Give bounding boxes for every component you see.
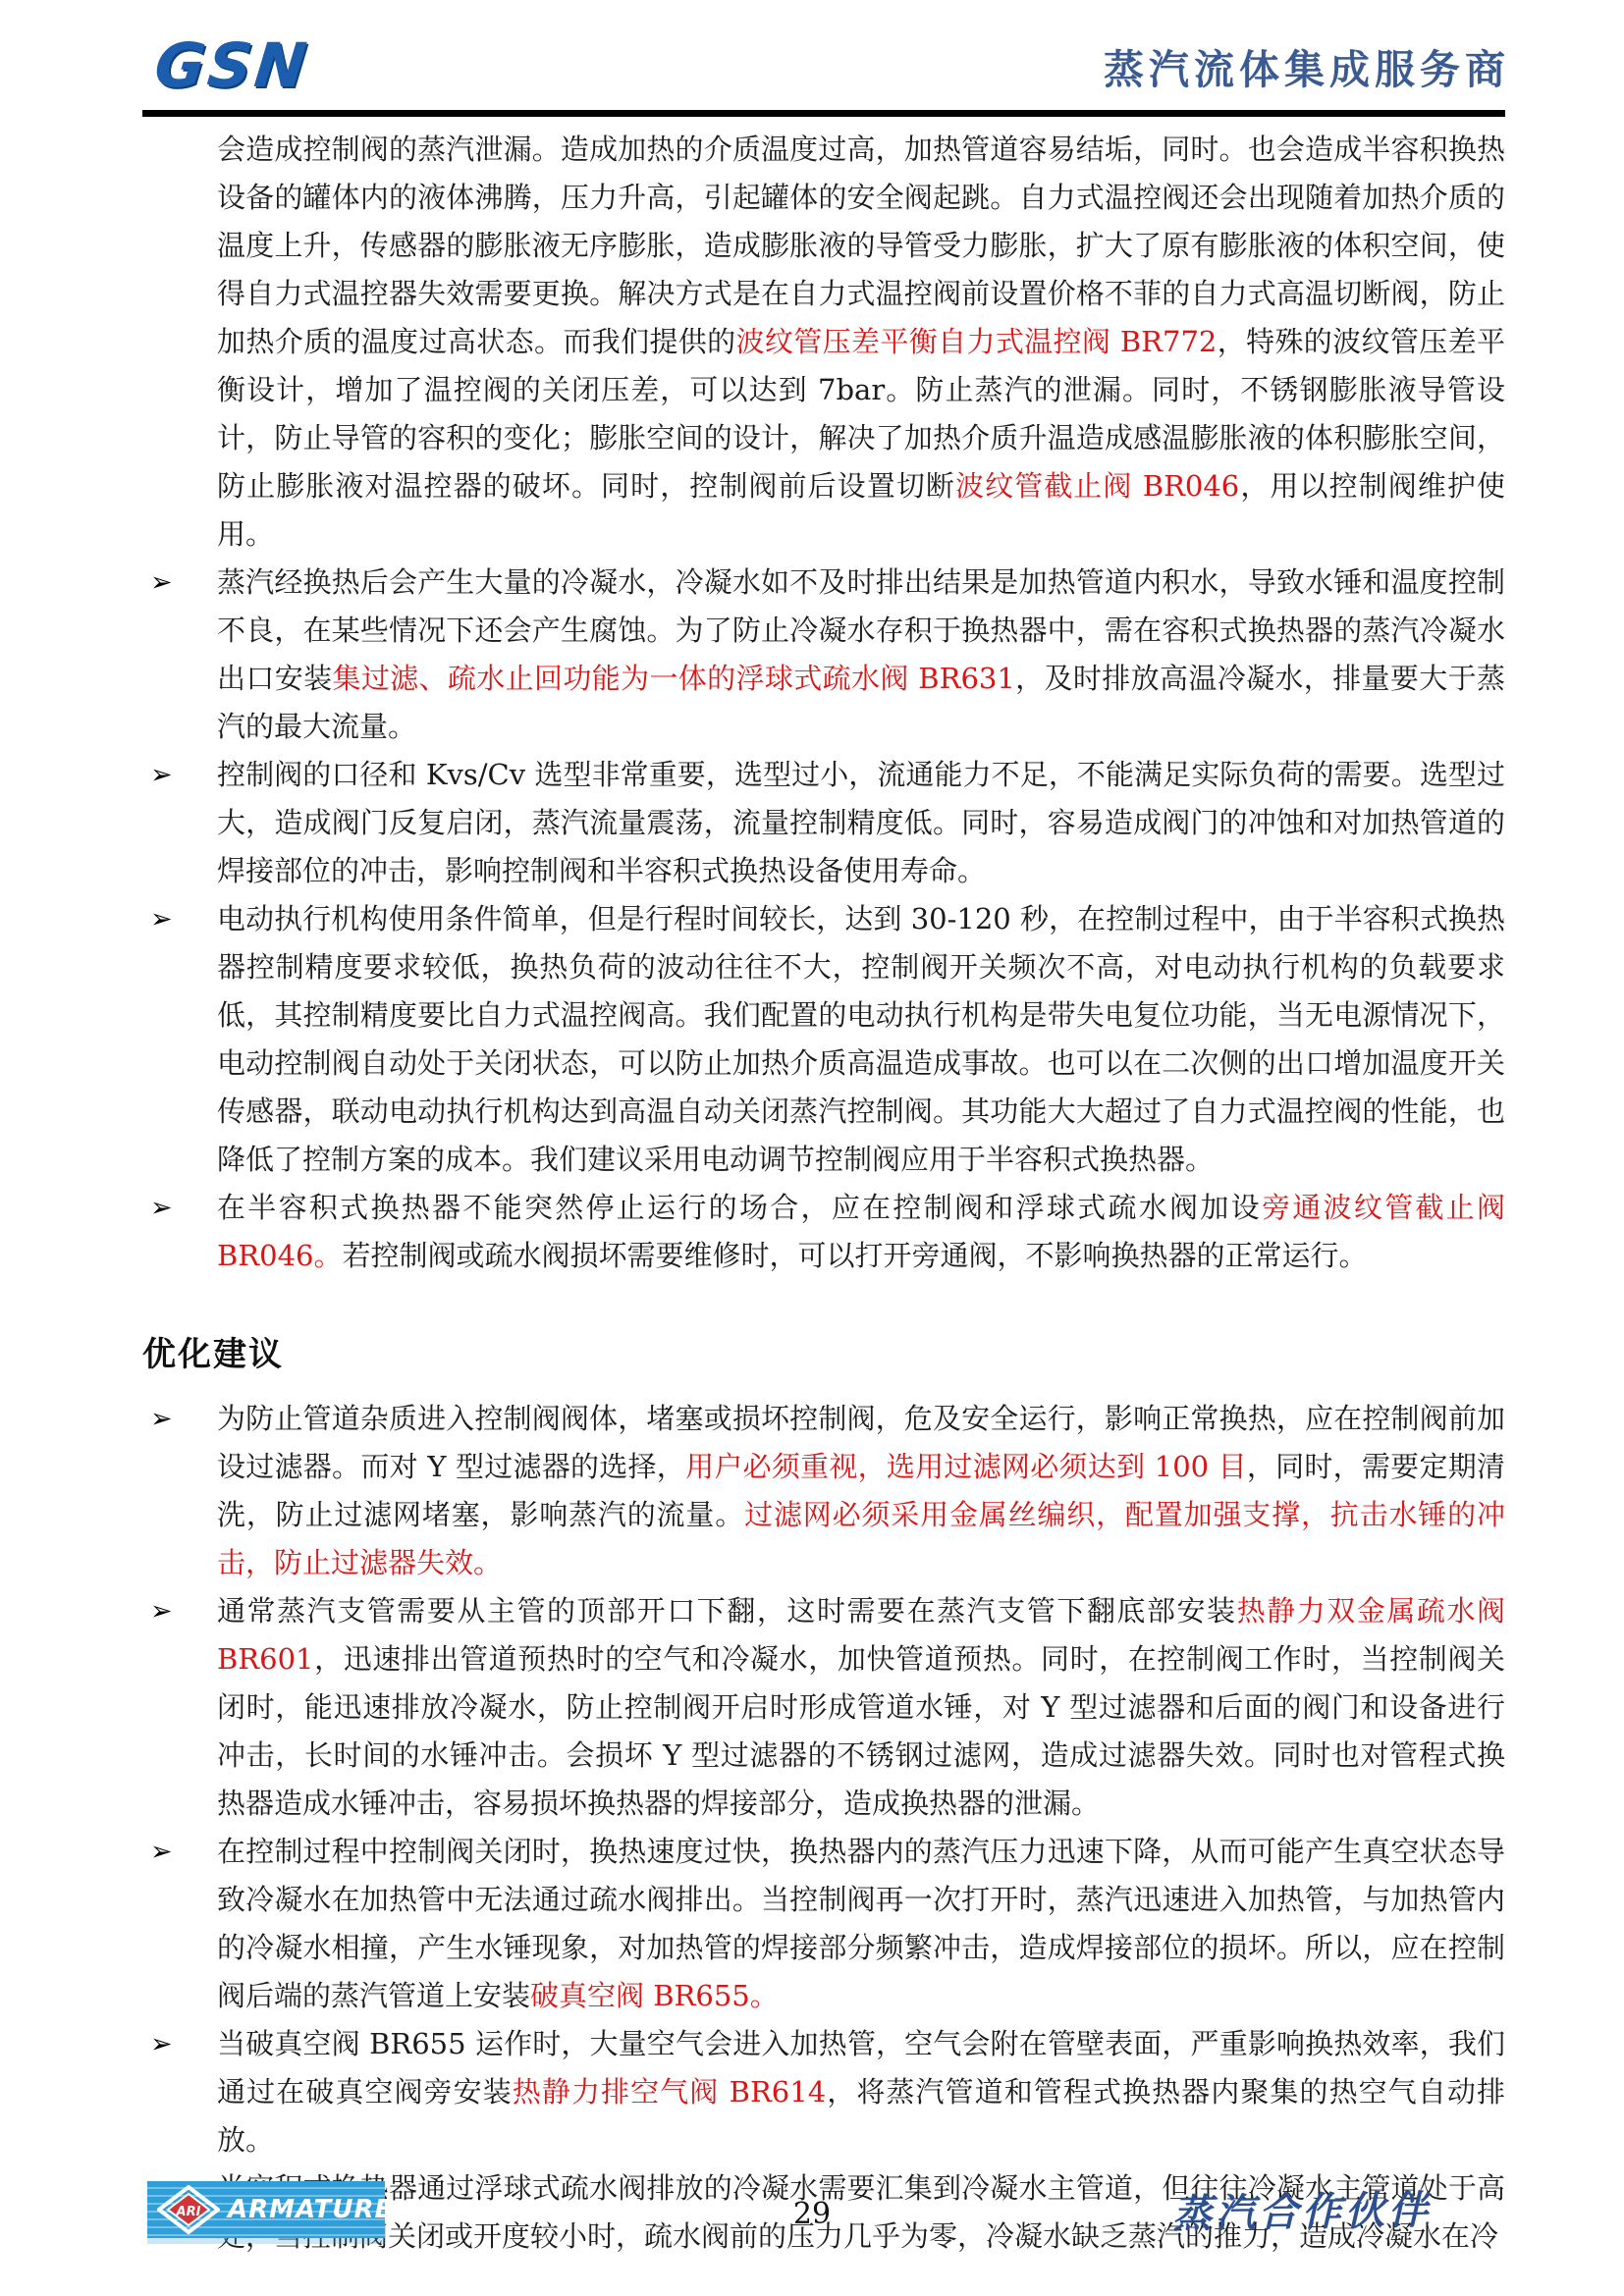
bullet-list-steam-issues: ➢ 蒸汽经换热后会产生大量的冷凝水，冷凝水如不及时排出结果是加热管道内积水，导致… — [142, 559, 1505, 1280]
list-item-text: 为防止管道杂质进入控制阀阀体，堵塞或损坏控制阀，危及安全运行，影响正常换热，应在… — [217, 1402, 1505, 1579]
list-item: ➢ 在控制过程中控制阀关闭时，换热速度过快，换热器内的蒸汽压力迅速下降，从而可能… — [142, 1828, 1505, 2020]
arrow-bullet-icon: ➢ — [150, 1395, 173, 1443]
list-item-text: 通常蒸汽支管需要从主管的顶部开口下翻，这时需要在蒸汽支管下翻底部安装热静力双金属… — [217, 1594, 1505, 1820]
list-item: ➢ 控制阀的口径和 Kvs/Cv 选型非常重要，选型过小，流通能力不足，不能满足… — [142, 751, 1505, 895]
header-tagline: 蒸汽流体集成服务商 — [1104, 47, 1510, 92]
arrow-bullet-icon: ➢ — [150, 895, 173, 943]
list-item-text: 电动执行机构使用条件简单，但是行程时间较长，达到 30-120 秒，在控制过程中… — [217, 902, 1505, 1176]
list-item: ➢ 当破真空阀 BR655 运作时，大量空气会进入加热管，空气会附在管壁表面，严… — [142, 2020, 1505, 2164]
footer-tagline: 蒸汽合作伙伴 — [1172, 2179, 1433, 2240]
arrow-bullet-icon: ➢ — [150, 2020, 173, 2068]
arrow-bullet-icon: ➢ — [150, 1587, 173, 1635]
header-divider — [142, 110, 1505, 117]
list-item-text: 控制阀的口径和 Kvs/Cv 选型非常重要，选型过小，流通能力不足，不能满足实际… — [217, 758, 1505, 887]
list-item-text: 在半容积式换热器不能突然停止运行的场合，应在控制阀和浮球式疏水阀加设旁通波纹管截… — [217, 1191, 1505, 1272]
list-item-text: 在控制过程中控制阀关闭时，换热速度过快，换热器内的蒸汽压力迅速下降，从而可能产生… — [217, 1835, 1505, 2012]
list-item-text: 当破真空阀 BR655 运作时，大量空气会进入加热管，空气会附在管壁表面，严重影… — [217, 2027, 1505, 2157]
paragraph-continuation: 会造成控制阀的蒸汽泄漏。造成加热的介质温度过高，加热管道容易结垢，同时。也会造成… — [142, 126, 1505, 559]
section-heading-optimization: 优化建议 — [142, 1331, 1505, 1379]
arrow-bullet-icon: ➢ — [150, 1828, 173, 1876]
list-item: ➢ 为防止管道杂质进入控制阀阀体，堵塞或损坏控制阀，危及安全运行，影响正常换热，… — [142, 1395, 1505, 1587]
arrow-bullet-icon: ➢ — [150, 1184, 173, 1232]
list-item: ➢ 通常蒸汽支管需要从主管的顶部开口下翻，这时需要在蒸汽支管下翻底部安装热静力双… — [142, 1587, 1505, 1828]
arrow-bullet-icon: ➢ — [150, 751, 173, 799]
list-item: ➢ 在半容积式换热器不能突然停止运行的场合，应在控制阀和浮球式疏水阀加设旁通波纹… — [142, 1184, 1505, 1280]
bullet-list-optimization: ➢ 为防止管道杂质进入控制阀阀体，堵塞或损坏控制阀，危及安全运行，影响正常换热，… — [142, 1395, 1505, 2261]
list-item-text: 蒸汽经换热后会产生大量的冷凝水，冷凝水如不及时排出结果是加热管道内积水，导致水锤… — [217, 565, 1505, 743]
arrow-bullet-icon: ➢ — [150, 559, 173, 607]
gsn-logo: GSN — [152, 35, 312, 96]
document-body: 会造成控制阀的蒸汽泄漏。造成加热的介质温度过高，加热管道容易结垢，同时。也会造成… — [142, 126, 1505, 2261]
list-item: ➢ 蒸汽经换热后会产生大量的冷凝水，冷凝水如不及时排出结果是加热管道内积水，导致… — [142, 559, 1505, 751]
document-page: GSN 蒸汽流体集成服务商 会造成控制阀的蒸汽泄漏。造成加热的介质温度过高，加热… — [0, 0, 1624, 2296]
list-item: ➢ 电动执行机构使用条件简单，但是行程时间较长，达到 30-120 秒，在控制过… — [142, 895, 1505, 1184]
